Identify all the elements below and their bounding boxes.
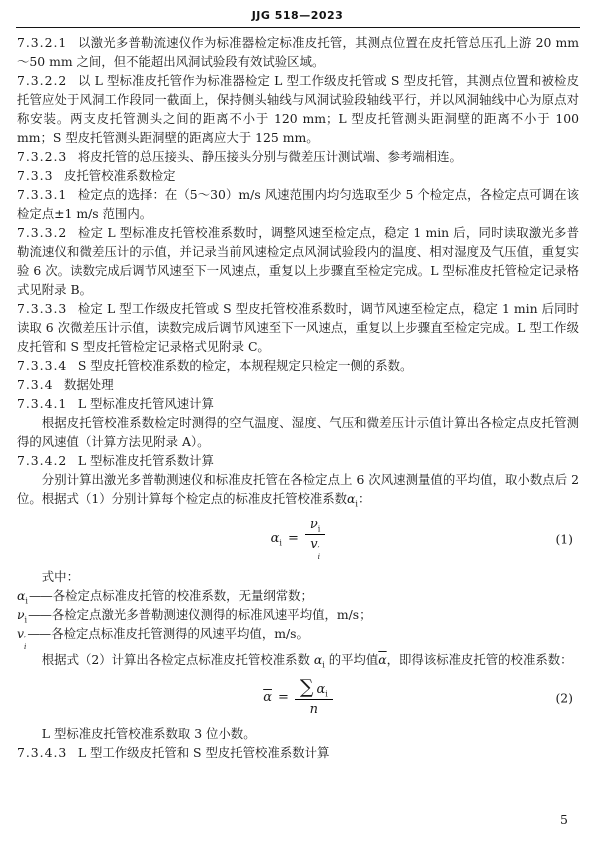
equals-sign: = [278, 690, 289, 705]
header-rule [16, 27, 580, 28]
clause-number: 7.3.2.3 [17, 149, 67, 164]
clause-number: 7.3.4.3 [17, 745, 67, 760]
where-item-nu: νi——各检定点激光多普勒测速仪测得的标准风速平均值，m/s； [17, 605, 579, 624]
clause-7-3-2-3: 7.3.2.3将皮托管的总压接头、静压接头分别与微差压计测试端、参考端相连。 [17, 147, 579, 166]
page-number: 5 [560, 812, 568, 827]
clause-number: 7.3.3.2 [17, 225, 67, 240]
formula-1: αi = νi v′i (1) [17, 517, 579, 560]
subscript-i: i [325, 690, 328, 699]
document-code-header: JJG 518—2023 [0, 9, 595, 22]
clause-text: L 型工作级皮托管和 S 型皮托管校准系数计算 [78, 745, 330, 760]
clause-text: 检定 L 型工作级皮托管或 S 型皮托管校准系数时，调节风速至检定点，稳定 1 … [17, 301, 579, 354]
clause-text: 将皮托管的总压接头、静压接头分别与微差压计测试端、参考端相连。 [78, 149, 462, 164]
equation-number-2: (2) [555, 690, 573, 705]
clause-text: L 型标准皮托管系数计算 [78, 453, 214, 468]
paragraph-text: 的平均值 [325, 652, 379, 667]
clause-number: 7.3.3.3 [17, 301, 67, 316]
v-prime-symbol: v [17, 626, 24, 641]
clause-7-3-3-1: 7.3.3.1检定点的选择：在（5～30）m/s 风速范围内均匀选取至少 5 个… [17, 185, 579, 223]
alpha-symbol: α [316, 682, 325, 697]
clause-text: 数据处理 [64, 377, 114, 392]
clause-number: 7.3.2.2 [17, 73, 67, 88]
clause-7-3-3-4: 7.3.3.4S 型皮托管校准系数的检定，本规程规定只检定一侧的系数。 [17, 356, 579, 375]
equation-number-1: (1) [555, 531, 573, 546]
definition-dash: —— [28, 607, 51, 622]
clause-number: 7.3.3 [17, 168, 54, 183]
nu-symbol: ν [17, 607, 25, 622]
subscript-i: i [318, 525, 321, 534]
clause-text: 以激光多普勒流速仪作为标准器检定标准皮托管，其测点位置在皮托管总压孔上游 20 … [17, 35, 579, 69]
fraction-numerator: νi [305, 517, 325, 535]
clause-7-3-4-3: 7.3.4.3L 型工作级皮托管和 S 型皮托管校准系数计算 [17, 743, 579, 762]
subscript-i: i [24, 644, 26, 651]
prime-sub-stack: ′i [318, 547, 320, 560]
fraction-denominator: n [310, 700, 318, 717]
definition-text: 各检定点激光多普勒测速仪测得的标准风速平均值，m/s； [52, 607, 372, 622]
formula-1-body: αi = νi v′i [271, 517, 326, 560]
paragraph-decimal-places: L 型标准皮托管校准系数取 3 位小数。 [17, 724, 579, 743]
formula-2-lhs: α [263, 690, 272, 705]
summation-symbol: ∑ [300, 676, 314, 698]
clause-text: 检定点的选择：在（5～30）m/s 风速范围内均匀选取至少 5 个检定点，各检定… [17, 187, 579, 221]
clause-number: 7.3.2.1 [17, 35, 67, 50]
clause-7-3-4-1: 7.3.4.1L 型标准皮托管风速计算 [17, 394, 579, 413]
paragraph-text: ： [358, 491, 370, 506]
clause-7-3-3-3: 7.3.3.3检定 L 型工作级皮托管或 S 型皮托管校准系数时，调节风速至检定… [17, 299, 579, 356]
paragraph-wind-speed-calc: 根据皮托管校准系数检定时测得的空气温度、湿度、气压和微差压计示值计算出各检定点皮… [17, 413, 579, 451]
subscript-i: i [318, 554, 320, 561]
alpha-bar-symbol: α [263, 690, 272, 705]
clause-7-3-2-1: 7.3.2.1以激光多普勒流速仪作为标准器检定标准皮托管，其测点位置在皮托管总压… [17, 33, 579, 71]
nu-symbol: ν [310, 517, 318, 532]
paragraph-text: ，即得该标准皮托管的校准系数： [387, 652, 573, 667]
document-page: JJG 518—2023 7.3.2.1以激光多普勒流速仪作为标准器检定标准皮托… [0, 0, 595, 842]
clause-7-3-2-2: 7.3.2.2以 L 型标准皮托管作为标准器检定 L 型工作级皮托管或 S 型皮… [17, 71, 579, 147]
document-body: 7.3.2.1以激光多普勒流速仪作为标准器检定标准皮托管，其测点位置在皮托管总压… [17, 33, 579, 762]
formula-1-lhs: αi [271, 531, 282, 546]
where-item-v-prime: v′i——各检定点标准皮托管测得的风速平均值，m/s。 [17, 624, 579, 650]
where-item-alpha: αi——各检定点标准皮托管的校准系数，无量纲常数； [17, 586, 579, 605]
clause-7-3-4: 7.3.4数据处理 [17, 375, 579, 394]
equals-sign: = [288, 531, 299, 546]
paragraph-text: 根据式（2）计算出各检定点标准皮托管校准系数 [42, 652, 314, 667]
clause-number: 7.3.3.1 [17, 187, 67, 202]
clause-text: L 型标准皮托管风速计算 [78, 396, 214, 411]
n-symbol: n [310, 702, 318, 717]
fraction-denominator: v′i [310, 535, 320, 560]
paragraph-mean-intro: 根据式（2）计算出各检定点标准皮托管校准系数 αi 的平均值α，即得该标准皮托管… [17, 650, 579, 669]
alpha-symbol: α [314, 652, 322, 667]
formula-2: α = ∑αi n (2) [17, 678, 579, 717]
clause-number: 7.3.4.2 [17, 453, 67, 468]
where-label: 式中： [17, 567, 579, 586]
clause-7-3-4-2: 7.3.4.2L 型标准皮托管系数计算 [17, 451, 579, 470]
clause-7-3-3: 7.3.3皮托管校准系数检定 [17, 166, 579, 185]
paragraph-text: 分别计算出激光多普勒测速仪和标准皮托管在各检定点上 6 次风速测量值的平均值，取… [17, 472, 579, 506]
clause-text: S 型皮托管校准系数的检定，本规程规定只检定一侧的系数。 [78, 358, 413, 373]
v-prime-symbol: v [310, 537, 317, 552]
fraction-numerator: ∑αi [295, 678, 333, 700]
subscript-i: i [279, 539, 282, 548]
definition-dash: —— [27, 626, 50, 641]
clause-text: 皮托管校准系数检定 [64, 168, 176, 183]
alpha-bar-symbol: α [378, 652, 386, 667]
fraction: νi v′i [305, 517, 325, 560]
fraction: ∑αi n [295, 678, 333, 717]
clause-number: 7.3.4 [17, 377, 54, 392]
clause-text: 检定 L 型标准皮托管校准系数时，调整风速至检定点，稳定 1 min 后，同时读… [17, 225, 579, 297]
paragraph-coefficient-intro: 分别计算出激光多普勒测速仪和标准皮托管在各检定点上 6 次风速测量值的平均值，取… [17, 470, 579, 508]
definition-text: 各检定点标准皮托管的校准系数，无量纲常数； [53, 588, 313, 603]
definition-text: 各检定点标准皮托管测得的风速平均值，m/s。 [51, 626, 309, 641]
formula-2-body: α = ∑αi n [263, 678, 333, 717]
clause-7-3-3-2: 7.3.3.2检定 L 型标准皮托管校准系数时，调整风速至检定点，稳定 1 mi… [17, 223, 579, 299]
clause-number: 7.3.4.1 [17, 396, 67, 411]
clause-text: 以 L 型标准皮托管作为标准器检定 L 型工作级皮托管或 S 型皮托管，其测点位… [17, 73, 579, 145]
clause-number: 7.3.3.4 [17, 358, 67, 373]
definition-dash: —— [29, 588, 52, 603]
